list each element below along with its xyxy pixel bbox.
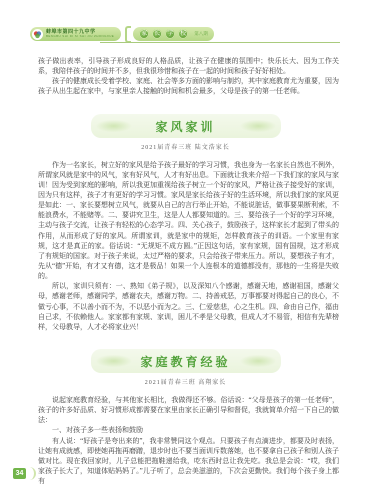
school-banner: 蚌埠市第四十九中学 BENGBU SHI DI SI SHI JIU ZHONG… (30, 27, 121, 41)
section-banner-education-experience: 家庭教育经验 (91, 349, 281, 373)
article-paragraph: 说起家庭教育经验，与其他家长相比，我做得还不够。俗话说：“父母是孩子的第一任老师… (38, 395, 339, 425)
newsletter-page: 蚌埠市第四十九中学 BENGBU SHI DI SI SHI JIU ZHONG… (0, 0, 371, 500)
column-badge-2: 长 (152, 29, 162, 39)
column-badge-1: 家 (139, 29, 149, 39)
school-name-block: 蚌埠市第四十九中学 BENGBU SHI DI SI SHI JIU ZHONG… (46, 30, 114, 38)
column-badge-bar: 家 长 学 校 第八期 (133, 27, 214, 41)
article-subheading: 一、对孩子多一些表扬和鼓励 (38, 425, 339, 435)
intro-paragraph: 孩子的健康成长受着学校、家庭、社会等多方面的影响与制约，其中家庭教育尤为重要，因… (38, 76, 339, 96)
intro-paragraph: 孩子做出表率，引导孩子形成良好的人格品质，让孩子在健康的氛围中；快乐长大、因为工… (38, 56, 339, 76)
page-header: 蚌埠市第四十九中学 BENGBU SHI DI SI SHI JIU ZHONG… (30, 26, 341, 42)
column-badge-4: 校 (178, 29, 188, 39)
page-number-ornament (29, 467, 36, 480)
header-bracket-ornament (125, 26, 131, 43)
school-logo-icon (32, 29, 43, 40)
section-title: 家风家训 (155, 114, 215, 138)
byline: 2021届青春三班 陆文浩家长 (0, 142, 371, 151)
article-paragraph: 有人说：“好孩子是夸出来的”，我非常赞同这个观点。只要孩子有点滴进步，都要及时表… (38, 436, 339, 487)
issue-label: 第八期 (194, 31, 208, 37)
column-badge-3: 学 (165, 29, 175, 39)
header-divider-line (100, 42, 340, 43)
article-body-family-motto: 作为一名家长，树立好的家风是给予孩子最好的学习习惯，我也身为一名家长自然也不例外… (38, 160, 339, 332)
article-paragraph: 所以，家训只须有：一、熟知《弟子规》，以及深知八个感谢，感谢天地，感谢祖国，感谢… (38, 281, 339, 332)
page-number-badge: 34 (13, 468, 26, 479)
flower-logo-icon (33, 30, 42, 39)
article-body-education-experience: 说起家庭教育经验，与其他家长相比，我做得还不够。俗话说：“父母是孩子的第一任老师… (38, 395, 339, 486)
intro-section: 孩子做出表率，引导孩子形成良好的人格品质，让孩子在健康的氛围中；快乐长大、因为工… (38, 56, 339, 97)
section-title: 家庭教育经验 (140, 349, 230, 373)
section-banner-family-motto: 家风家训 (91, 114, 281, 138)
article-paragraph: 作为一名家长，树立好的家风是给予孩子最好的学习习惯，我也身为一名家长自然也不例外… (38, 160, 339, 282)
school-name-english: BENGBU SHI DI SI SHI JIU ZHONGXUE (46, 35, 114, 38)
byline: 2021届青春三班 高翔家长 (0, 377, 371, 386)
